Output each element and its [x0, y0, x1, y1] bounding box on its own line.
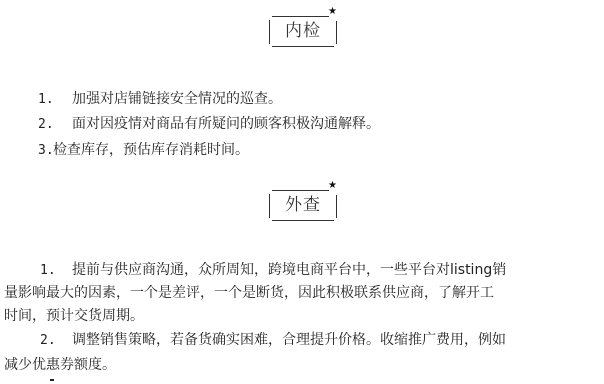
paragraph-text: 调整销售策略，若备货确实困难，合理提升价格。收缩推广费用，例如 [72, 332, 506, 348]
star-icon: ★ [328, 7, 337, 17]
heading-border-bottom [272, 46, 334, 47]
paragraph-text: 时间，预计交货周期。 [4, 308, 144, 324]
list-item-text: 检查库存，预估库存消耗时间。 [53, 142, 249, 158]
heading-title: 外查 [268, 194, 338, 216]
list-item-text: 加强对店铺链接安全情况的巡查。 [72, 91, 282, 107]
paragraph-text: 提前与供应商沟通，众所周知，跨境电商平台中，一些平台对listing销 [72, 262, 506, 278]
list-item-number: 3. [38, 142, 53, 160]
paragraph-line: 量影响最大的因素，一个是差评，一个是断货，因此积极联系供应商，了解开工 [4, 284, 494, 302]
section-heading-external-check: ★ 外查 [268, 186, 338, 220]
heading-border-bottom [272, 220, 334, 221]
paragraph-line: 1.提前与供应商沟通，众所周知，跨境电商平台中，一些平台对listing销 [40, 261, 506, 280]
paragraph-text: 减少优惠券额度。 [4, 357, 116, 373]
list-item: 1.加强对店铺链接安全情况的巡查。 [38, 90, 282, 109]
paragraph-line: 减少优惠券额度。 [4, 356, 116, 374]
section-heading-internal-check: ★ 内检 [268, 12, 338, 46]
list-item: 2.面对因疫情对商品有所疑问的顾客积极沟通解释。 [38, 115, 380, 134]
list-item-number: 2. [38, 116, 72, 134]
star-icon: ★ [328, 181, 337, 191]
list-item-number: 1. [38, 91, 72, 109]
paragraph-line: 时间，预计交货周期。 [4, 307, 144, 325]
heading-border-top [272, 190, 329, 191]
paragraph-line: 2.调整销售策略，若备货确实困难，合理提升价格。收缩推广费用，例如 [40, 331, 506, 350]
heading-border-top [272, 16, 329, 17]
list-item-number: 2. [40, 332, 72, 350]
list-item: 3.检查库存，预估库存消耗时间。 [38, 141, 249, 160]
heading-title: 内检 [268, 20, 338, 42]
list-item-text: 面对因疫情对商品有所疑问的顾客积极沟通解释。 [72, 116, 380, 132]
list-item-number: 1. [40, 262, 72, 280]
paragraph-text: 量影响最大的因素，一个是差评，一个是断货，因此积极联系供应商，了解开工 [4, 285, 494, 301]
cursor-mark [50, 379, 54, 381]
